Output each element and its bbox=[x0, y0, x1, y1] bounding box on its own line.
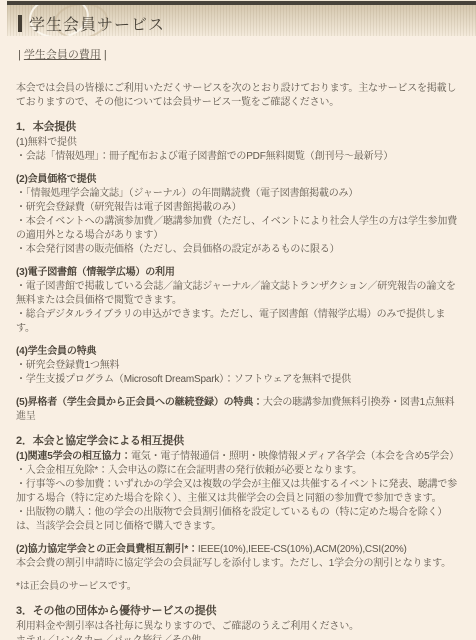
page-title: 学生会員サービス bbox=[29, 12, 165, 35]
nav-delimiter: | bbox=[18, 49, 21, 61]
intro-paragraph: 本会では会員の皆様にご利用いただくサービスを次のとおり設けております。主なサービ… bbox=[16, 82, 463, 110]
body-line: ホテル／レンタカー／パック旅行／その他 bbox=[16, 634, 463, 640]
subsection-mutual-discount: (2)協力協定学会との正会員費相互割引*：IEEE(10%),IEEE-CS(1… bbox=[16, 543, 463, 571]
bullet-item: ・出版物の購入：他の学会の出版物で会員割引価格を設定しているもの（特に定めた場合… bbox=[16, 506, 463, 534]
subsection-member-price: (2)会員価格で提供 ・「情報処理学会論文誌」（ジャーナル）の年間購読費（電子図… bbox=[16, 173, 463, 257]
bullet-item: ・「情報処理学会論文誌」（ジャーナル）の年間購読費（電子図書館掲載のみ） bbox=[16, 187, 463, 201]
nav-link-student-fees[interactable]: 学生会員の費用 bbox=[24, 49, 101, 61]
subsection-heading: (1)無料で提供 bbox=[16, 136, 463, 150]
bullet-item: ・電子図書館で掲載している会誌／論文誌ジャーナル／論文誌トランザクション／研究報… bbox=[16, 280, 463, 308]
content-column: 学生会員サービス |学生会員の費用| 本会では会員の皆様にご利用いただくサービス… bbox=[7, 0, 476, 640]
lead-rest-text: 電気・電子情報通信・照明・映像情報メディア各学会（本会を含め5学会） bbox=[131, 451, 459, 462]
subsection-heading: (5)昇格者（学生会員から正会員への継続登録）の特典： bbox=[16, 397, 263, 408]
lead-rest-text: IEEE(10%),IEEE-CS(10%),ACM(20%),CSI(20%) bbox=[198, 544, 407, 555]
bullet-item: ・学生支援プログラム（Microsoft DreamSpark）：ソフトウェアを… bbox=[16, 373, 463, 387]
bullet-item: ・本会発行図書の販売価格（ただし、会員価格の設定があるものに限る） bbox=[16, 243, 463, 257]
subsection-heading: (3)電子図書館（情報学広場）の利用 bbox=[16, 266, 463, 280]
bullet-item: ・研究会登録費1つ無料 bbox=[16, 359, 463, 373]
subsection-heading: (2)会員価格で提供 bbox=[16, 173, 463, 187]
title-marker bbox=[18, 15, 22, 32]
page-header: 学生会員サービス bbox=[7, 5, 476, 36]
title-row: 学生会員サービス bbox=[7, 5, 476, 35]
bullet-item: ・本会イベントへの講演参加費／聴講参加費（ただし、イベントにより社会人学生の方は… bbox=[16, 215, 463, 243]
lead-line: (2)協力協定学会との正会員費相互割引*：IEEE(10%),IEEE-CS(1… bbox=[16, 543, 463, 557]
subsection-five-societies: (1)関連5学会の相互協力：電気・電子情報通信・照明・映像情報メディア各学会（本… bbox=[16, 450, 463, 534]
subsection-heading: (2)協力協定学会との正会員費相互割引*： bbox=[16, 544, 198, 555]
bullet-item: ・会誌「情報処理」：冊子配布および電子図書館でのPDF無料閲覧（創刊号～最新号） bbox=[16, 150, 463, 164]
subsection-promotion-benefits: (5)昇格者（学生会員から正会員への継続登録）の特典：大会の聴講参加費無料引換券… bbox=[16, 396, 463, 424]
bullet-item: ・総合デジタルライブラリの申込ができます。ただし、電子図書館（情報学広場）のみで… bbox=[16, 308, 463, 336]
subsection-student-benefits: (4)学生会員の特典 ・研究会登録費1つ無料 ・学生支援プログラム（Micros… bbox=[16, 345, 463, 387]
footnote-text: *は正会員のサービスです。 bbox=[16, 580, 463, 594]
subsection-digital-library: (3)電子図書館（情報学広場）の利用 ・電子図書館で掲載している会誌／論文誌ジャ… bbox=[16, 266, 463, 336]
page: 学生会員サービス |学生会員の費用| 本会では会員の皆様にご利用いただくサービス… bbox=[0, 0, 476, 640]
body-line: 利用料金や割引率は各社毎に異なりますので、ご確認のうえご利用ください。 bbox=[16, 620, 463, 634]
breadcrumb: |学生会員の費用| bbox=[18, 46, 476, 62]
subsection-free: (1)無料で提供 ・会誌「情報処理」：冊子配布および電子図書館でのPDF無料閲覧… bbox=[16, 136, 463, 164]
section-heading-3: 3．その他の団体から優待サービスの提供 bbox=[16, 604, 463, 619]
main-content: 本会では会員の皆様にご利用いただくサービスを次のとおり設けております。主なサービ… bbox=[7, 82, 476, 640]
subsection-other-services: 利用料金や割引率は各社毎に異なりますので、ご確認のうえご利用ください。 ホテル／… bbox=[16, 620, 463, 640]
subsection-heading: (1)関連5学会の相互協力： bbox=[16, 451, 131, 462]
body-line: 本会会費の割引申請時に協定学会の会員証写しを添付します。ただし、1学会分の割引と… bbox=[16, 557, 463, 571]
bullet-item: ・入会金相互免除*：入会申込の際に在会証明書の発行依頼が必要となります。 bbox=[16, 464, 463, 478]
subsection-heading: (4)学生会員の特典 bbox=[16, 345, 463, 359]
lead-line: (5)昇格者（学生会員から正会員への継続登録）の特典：大会の聴講参加費無料引換券… bbox=[16, 396, 463, 424]
lead-line: (1)関連5学会の相互協力：電気・電子情報通信・照明・映像情報メディア各学会（本… bbox=[16, 450, 463, 464]
footnote-block: *は正会員のサービスです。 bbox=[16, 580, 463, 594]
nav-delimiter: | bbox=[104, 49, 107, 61]
section-heading-1: 1．本会提供 bbox=[16, 120, 463, 135]
section-heading-2: 2．本会と協定学会による相互提供 bbox=[16, 434, 463, 449]
bullet-item: ・研究会登録費（研究報告は電子図書館掲載のみ） bbox=[16, 201, 463, 215]
bullet-item: ・行事等への参加費：いずれかの学会又は複数の学会が主催又は共催するイベントに発表… bbox=[16, 478, 463, 506]
